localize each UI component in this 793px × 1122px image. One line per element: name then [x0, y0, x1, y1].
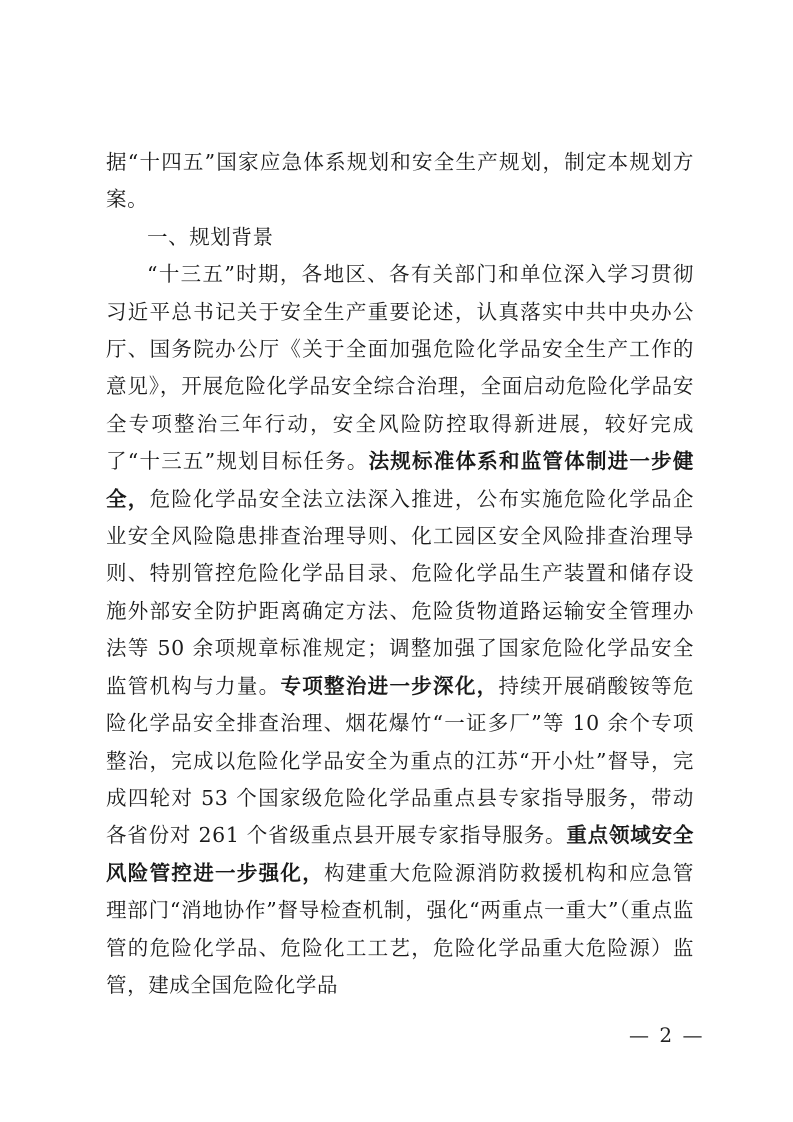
- paragraph-background: “十三五”时期，各地区、各有关部门和单位深入学习贯彻习近平总书记关于安全生产重要…: [106, 256, 694, 1004]
- bold-highlight-special-rectification: 专项整治进一步深化，: [280, 674, 498, 698]
- text-segment: 持续开展硝酸铵等危险化学品安全排查治理、烟花爆竹“一证多厂”等 10 余个专项整…: [106, 674, 694, 848]
- document-body: 据“十四五”国家应急体系规划和安全生产规划，制定本规划方案。 一、规划背景 “十…: [106, 144, 694, 1004]
- paragraph-intro-continuation: 据“十四五”国家应急体系规划和安全生产规划，制定本规划方案。: [106, 144, 694, 219]
- text-segment: 危险化学品安全法立法深入推进，公布实施危险化学品企业安全风险隐患排查治理导则、化…: [106, 487, 694, 698]
- section-heading-planning-background: 一、规划背景: [106, 219, 694, 256]
- page-number: — 2 —: [629, 1023, 704, 1047]
- text-segment: 据“十四五”国家应急体系规划和安全生产规划，制定本规划方案。: [106, 150, 694, 211]
- text-segment: “十三五”时期，各地区、各有关部门和单位深入学习贯彻习近平总书记关于安全生产重要…: [106, 262, 694, 473]
- heading-text: 一、规划背景: [147, 225, 274, 249]
